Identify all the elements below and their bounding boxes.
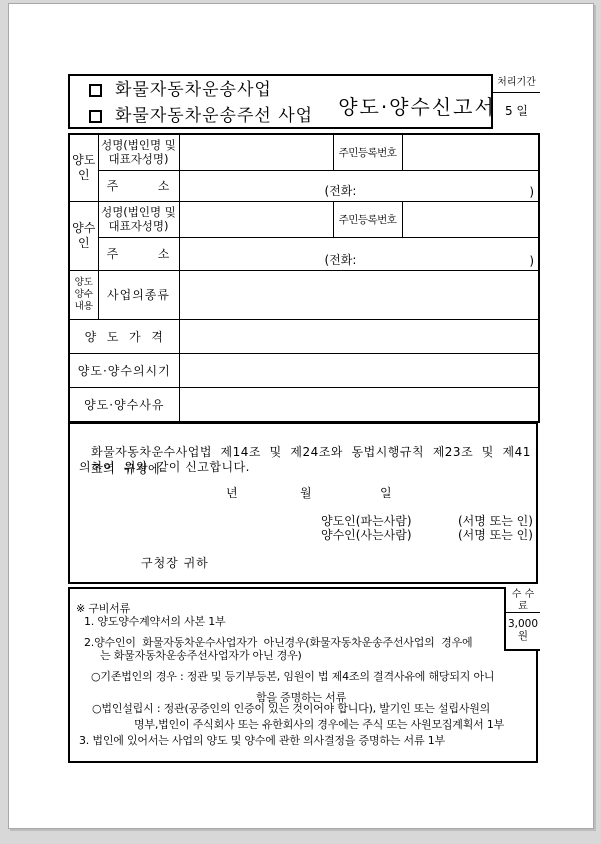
required-document-item-3: 3. 법인에 있어서는 사업의 양도 및 양수에 관한 의사결정을 증명하는 서… xyxy=(79,732,445,748)
processing-period-box: 처리기간 5 일 xyxy=(491,74,540,129)
checkbox-freight-transport[interactable] xyxy=(89,84,102,97)
processing-period-label: 처리기간 xyxy=(493,74,540,93)
transferor-phone-label: (전화: xyxy=(325,182,357,199)
transferee-phone-label: (전화: xyxy=(325,251,357,268)
transferee-section-label: 양수 인 xyxy=(69,201,98,270)
date-day-label: 일 xyxy=(380,484,392,501)
transferee-rrn-input[interactable] xyxy=(402,201,539,237)
required-document-new-corp: ○법인설립시 : 정관(공증인의 인증이 있는 것이어야 합니다), 발기인 또… xyxy=(92,700,490,716)
fee-box: 수 수 료 3,000 원 xyxy=(504,587,540,651)
transferor-name-label: 성명(법인명 및 대표자성명) xyxy=(98,134,179,170)
transfer-price-label: 양 도 가 격 xyxy=(69,319,179,353)
transfer-reason-label: 양도·양수사유 xyxy=(69,387,179,422)
transferee-phone-close-paren: ) xyxy=(529,254,534,268)
checkbox-freight-forwarding-label: 화물자동차운송주선 사업 xyxy=(115,106,313,127)
required-document-item-2-cont: 는 화물자동차운송주선사업자가 아닌 경우) xyxy=(100,647,302,663)
business-kind-input[interactable] xyxy=(179,270,539,319)
transfer-timing-label: 양도·양수의시기 xyxy=(69,353,179,387)
required-document-existing-corp: ○기존법인의 경우 : 정관 및 등기부등본, 임원이 법 제4조의 결격사유에… xyxy=(91,668,494,684)
business-type-row-1: 화물자동차운송사업 xyxy=(89,80,272,101)
business-kind-label: 사업의종류 xyxy=(98,270,179,319)
processing-period-value: 5 일 xyxy=(493,93,540,127)
page-title: 양도·양수신고서 xyxy=(322,91,512,120)
declaration-box: 화물자동차운수사업법 제14조 및 제24조와 동법시행규칙 제23조 및 제4… xyxy=(68,422,538,584)
recipient-label: 구청장 귀하 xyxy=(141,554,209,571)
transferor-section-label: 양도 인 xyxy=(69,134,98,201)
transferee-address-input[interactable]: (전화: ) xyxy=(179,237,539,270)
required-documents-box: ※ 구비서류 1. 양도양수계약서의 사본 1부 2.양수인이 화물자동차운수사… xyxy=(68,587,538,763)
transferee-name-input[interactable] xyxy=(179,201,333,237)
required-document-new-corp-cont: 명부,법인이 주식회사 또는 유한회사의 경우에는 주식 또는 사원모집계획서 … xyxy=(134,716,504,732)
transferor-phone-close-paren: ) xyxy=(529,185,534,199)
form-page: 화물자동차운송사업 화물자동차운송주선 사업 양도·양수신고서 처리기간 5 일… xyxy=(8,3,594,829)
transferee-rrn-label: 주민등록번호 xyxy=(333,201,402,237)
form-title-box: 화물자동차운송사업 화물자동차운송주선 사업 양도·양수신고서 처리기간 5 일 xyxy=(68,74,538,129)
date-year-label: 년 xyxy=(226,484,238,501)
transferee-name-label: 성명(법인명 및 대표자성명) xyxy=(98,201,179,237)
transferor-rrn-label: 주민등록번호 xyxy=(333,134,402,170)
declaration-statement-line2: 의하여 위와 같이 신고합니다. xyxy=(79,458,250,475)
required-document-item-1: 1. 양도양수계약서의 사본 1부 xyxy=(84,613,225,629)
checkbox-freight-transport-label: 화물자동차운송사업 xyxy=(115,80,272,101)
applicant-table: 양도 인 성명(법인명 및 대표자성명) 주민등록번호 주 소 (전화: ) 양… xyxy=(68,133,540,423)
transfer-content-group-label: 양도 양수 내용 xyxy=(69,270,98,319)
checkbox-freight-forwarding[interactable] xyxy=(89,110,102,123)
transferee-signature-label: 양수인(사는사람) xyxy=(321,526,412,543)
business-type-row-2: 화물자동차운송주선 사업 xyxy=(89,106,313,127)
transfer-timing-input[interactable] xyxy=(179,353,539,387)
fee-label: 수 수 료 xyxy=(506,587,540,613)
transferor-rrn-input[interactable] xyxy=(402,134,539,170)
transferor-address-input[interactable]: (전화: ) xyxy=(179,170,539,201)
transfer-reason-input[interactable] xyxy=(179,387,539,422)
applicant-table-grid: 양도 인 성명(법인명 및 대표자성명) 주민등록번호 주 소 (전화: ) 양… xyxy=(68,133,540,423)
transferor-name-input[interactable] xyxy=(179,134,333,170)
transfer-price-input[interactable] xyxy=(179,319,539,353)
transferee-address-label: 주 소 xyxy=(98,237,179,270)
transferee-seal-label: (서명 또는 인) xyxy=(458,526,533,543)
transferor-address-label: 주 소 xyxy=(98,170,179,201)
fee-amount: 3,000 원 xyxy=(506,613,540,642)
date-month-label: 월 xyxy=(300,484,312,501)
